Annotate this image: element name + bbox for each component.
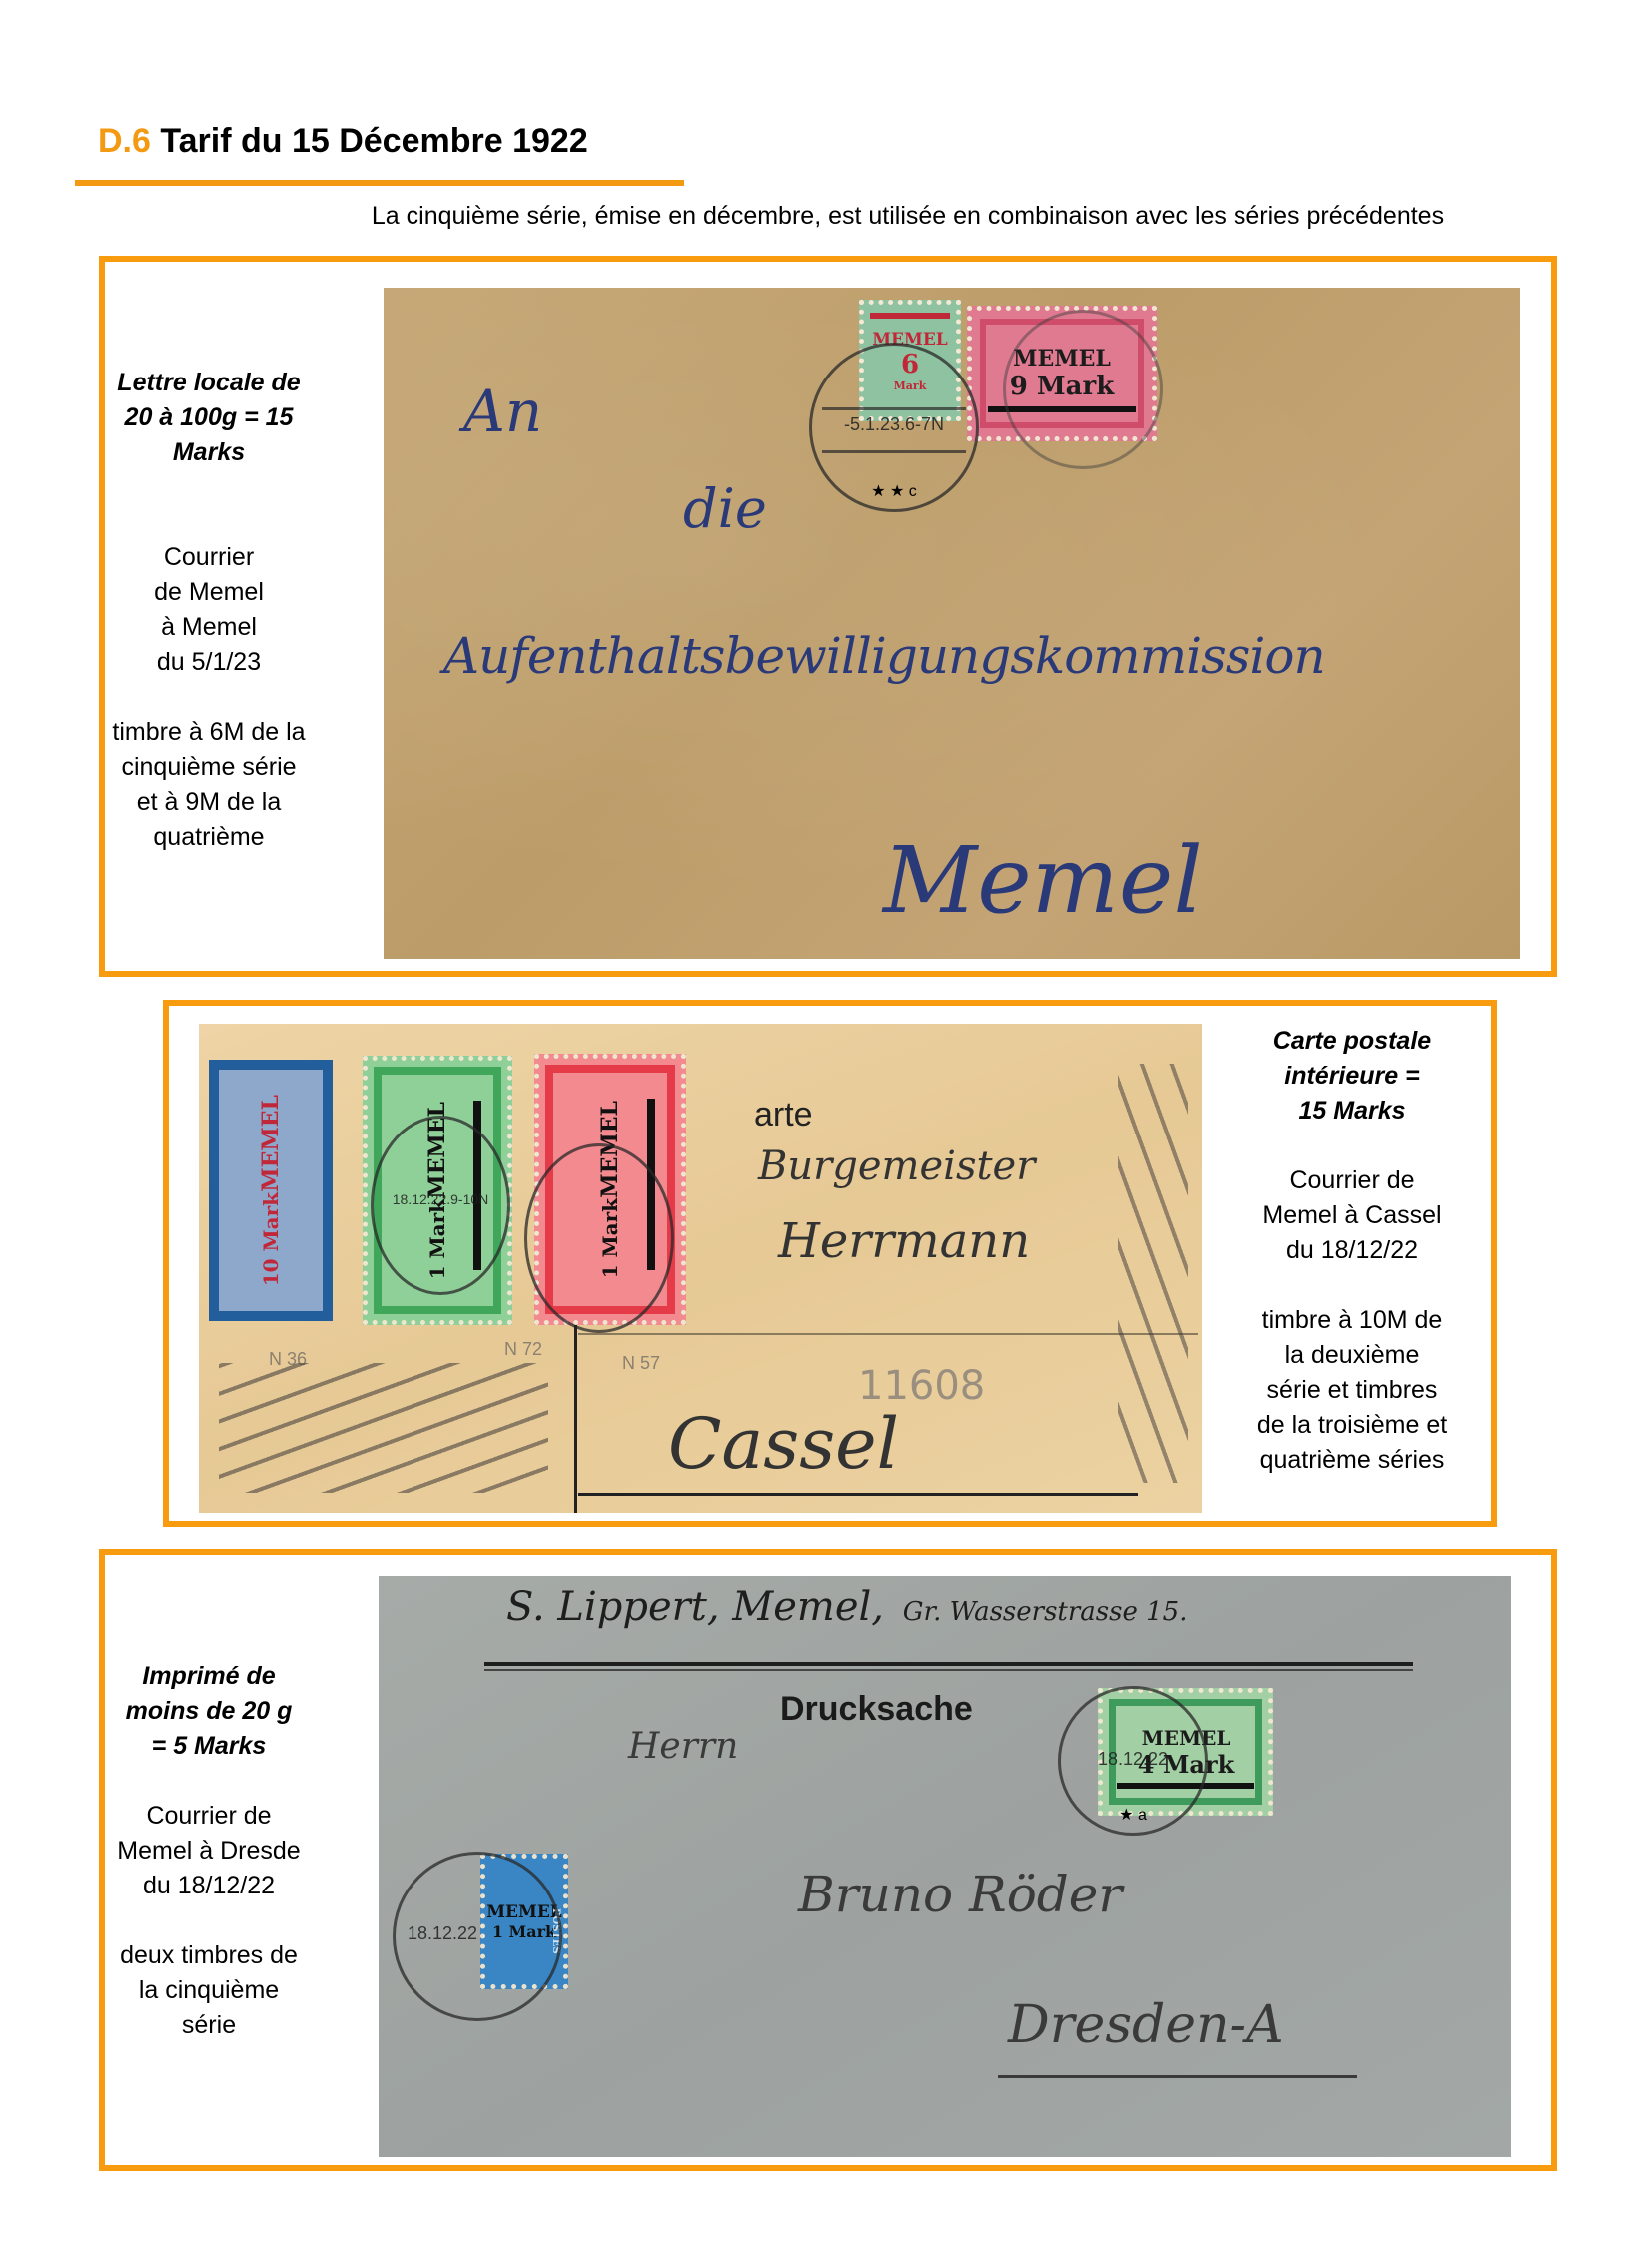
address-line: Herrmann — [778, 1213, 1030, 1269]
address-rule — [578, 1333, 1198, 1335]
caption-2: Carte postaleintérieure =15 Marks Courri… — [1228, 1024, 1477, 1478]
postmark-memel-a: 18.12.22 ★ a — [1058, 1686, 1208, 1836]
section-title: Tarif du 15 Décembre 1922 — [160, 122, 587, 160]
address-line: die — [683, 477, 767, 540]
handwritten-side-note — [1118, 1064, 1188, 1483]
letterhead-rule — [484, 1662, 1413, 1666]
postcard-scan: MEMEL 10 Mark MEMEL 1 Mark MEMEL 1 Mark … — [199, 1024, 1202, 1513]
caption-detail: timbre à 6M de lacinquième sérieet à 9M … — [105, 715, 313, 855]
address-line: Cassel — [668, 1403, 899, 1485]
pencil-note: N 57 — [622, 1353, 660, 1374]
exhibit-frame-1: Lettre locale de20 à 100g = 15Marks Cour… — [99, 256, 1557, 977]
caption-heading: Imprimé demoins de 20 g= 5 Marks — [105, 1659, 313, 1764]
address-line: Burgemeister — [758, 1143, 1035, 1189]
address-line: Dresden-A — [1008, 1995, 1284, 2055]
printed-label: Drucksache — [780, 1690, 973, 1729]
address-rule — [578, 1493, 1138, 1496]
address-line: Aufenthaltsbewilligungskommission — [443, 627, 1325, 685]
caption-detail: deux timbres dela cinquièmesérie — [105, 1938, 313, 2043]
letterhead: S. Lippert, Memel, Gr. Wasserstrasse 15. — [506, 1584, 1187, 1630]
caption-heading: Carte postaleintérieure =15 Marks — [1228, 1024, 1477, 1129]
address-line: Bruno Röder — [798, 1866, 1122, 1923]
caption-route: Courrier deMemel à Casseldu 18/12/22 — [1228, 1163, 1477, 1268]
section-code: D.6 — [98, 122, 151, 160]
address-line: Memel — [883, 827, 1203, 934]
exhibit-frame-2: MEMEL 10 Mark MEMEL 1 Mark MEMEL 1 Mark … — [163, 1000, 1497, 1527]
pencil-note: N 72 — [504, 1339, 542, 1360]
postmark-memel-2 — [1003, 310, 1163, 469]
caption-1: Lettre locale de20 à 100g = 15Marks Cour… — [105, 366, 313, 855]
caption-route: Courrierde Memelà Memeldu 5/1/23 — [105, 540, 313, 680]
stamp-10-mark: MEMEL 10 Mark — [209, 1060, 333, 1321]
pencil-note: 11608 — [858, 1363, 985, 1409]
postmark-memel-1: -5.1.23.6-7N ★ ★ c — [809, 343, 979, 512]
cover-scan-1: MEMEL 6 Mark MEMEL 9 Mark -5.1.23.6-7N ★… — [384, 288, 1520, 959]
postmark-cassel-2 — [524, 1143, 674, 1333]
title-underline — [75, 180, 684, 186]
caption-route: Courrier deMemel à Dresdedu 18/12/22 — [105, 1799, 313, 1903]
address-rule — [998, 2075, 1357, 2078]
card-divider — [574, 1325, 577, 1513]
postmark-memel-b: 18.12.22 — [393, 1852, 562, 2021]
page-title: D.6 Tarif du 15 Décembre 1922 — [98, 122, 588, 161]
card-printed-label: arte — [754, 1096, 813, 1134]
postmark-cassel-1: 18.12.22.9-10N — [371, 1116, 510, 1295]
handwritten-message — [219, 1363, 548, 1493]
caption-heading: Lettre locale de20 à 100g = 15Marks — [105, 366, 313, 470]
page-subtitle: La cinquième série, émise en décembre, e… — [0, 202, 1651, 231]
caption-detail: timbre à 10M dela deuxièmesérie et timbr… — [1228, 1303, 1477, 1478]
address-line: Herrn — [628, 1726, 738, 1767]
exhibit-frame-3: Imprimé demoins de 20 g= 5 Marks Courrie… — [99, 1549, 1557, 2171]
address-line: An — [463, 378, 542, 445]
caption-3: Imprimé demoins de 20 g= 5 Marks Courrie… — [105, 1659, 313, 2043]
cover-scan-3: S. Lippert, Memel, Gr. Wasserstrasse 15.… — [379, 1576, 1511, 2157]
